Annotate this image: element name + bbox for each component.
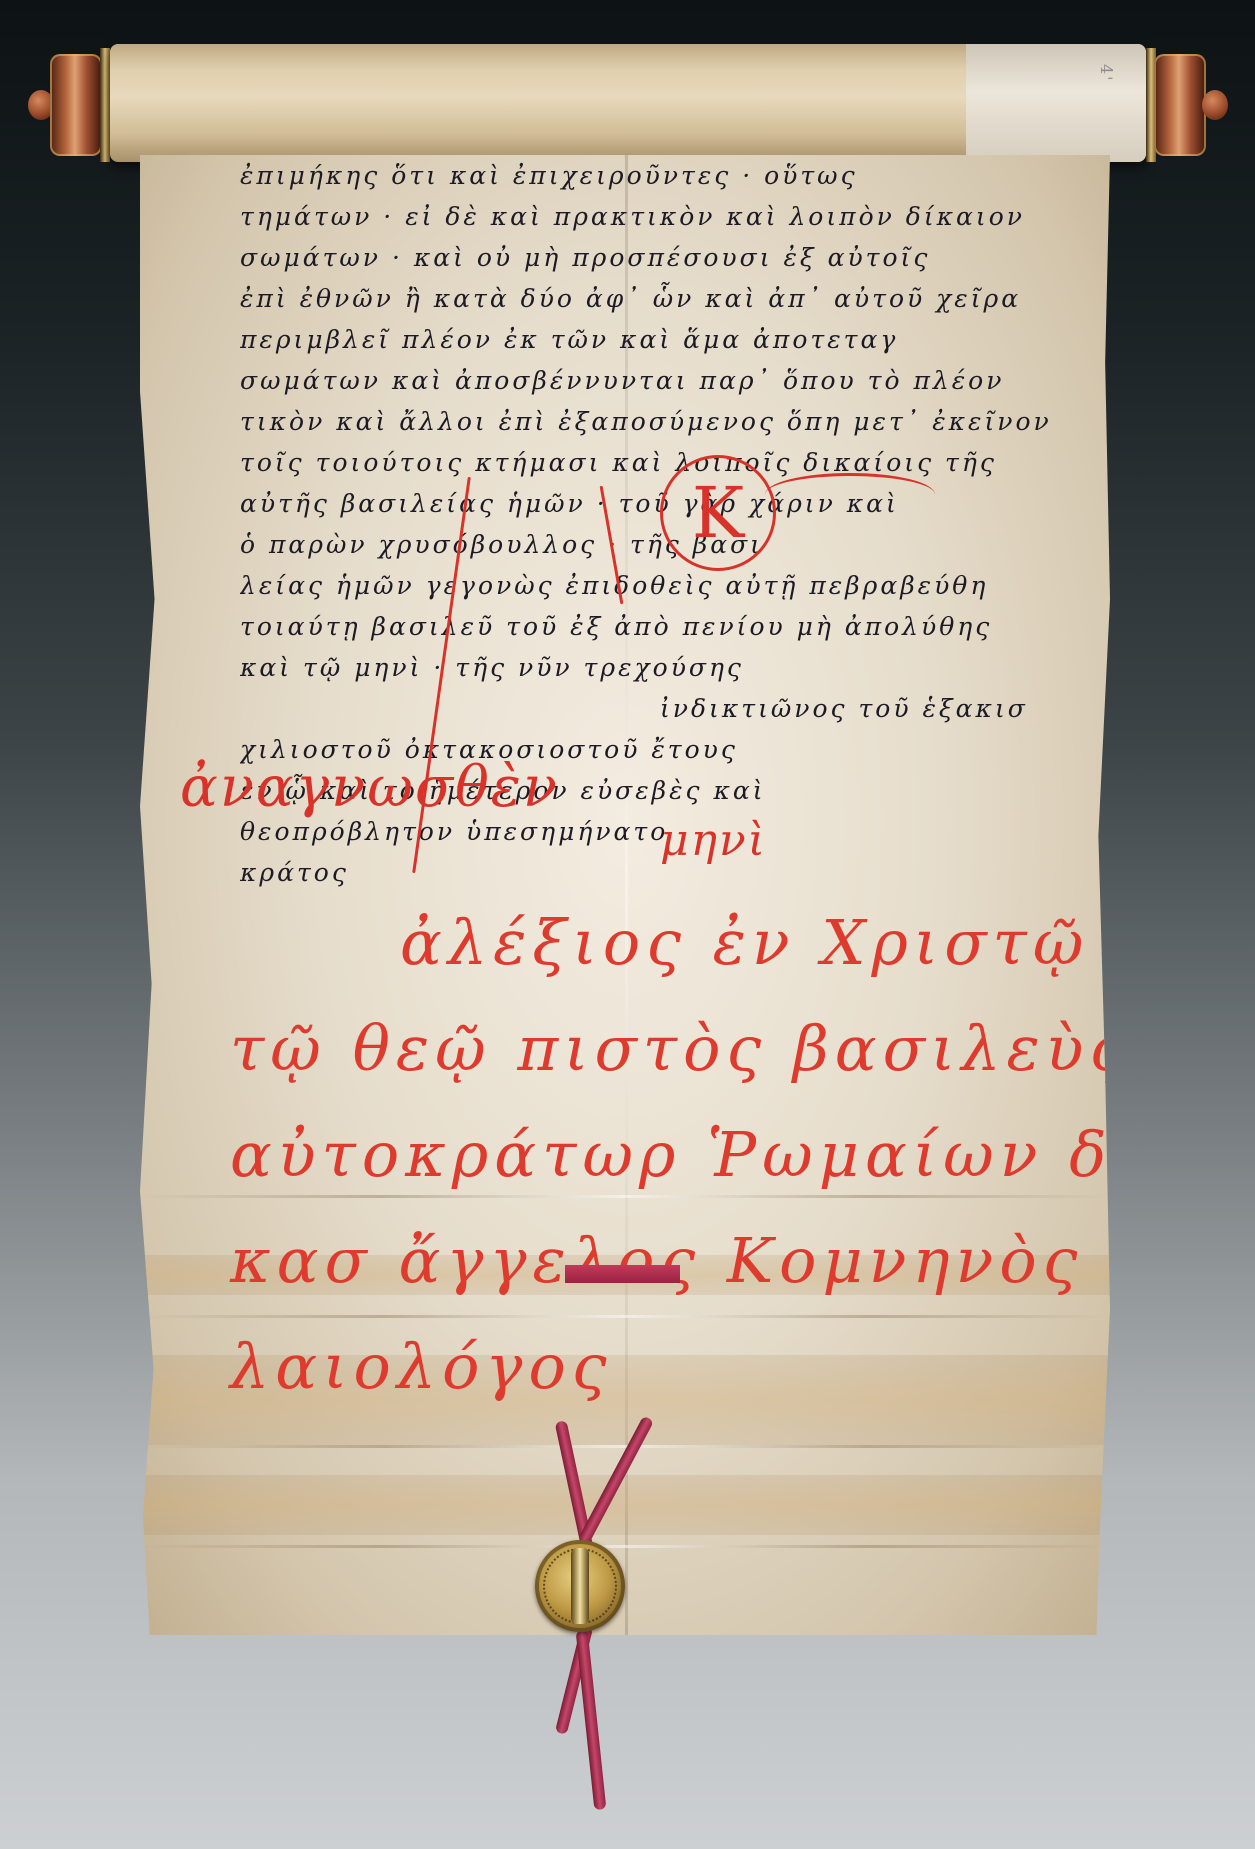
parchment-sheet: ἐπιμήκης ὅτι καὶ ἐπιχειροῦντες · οὕτως τ… (140, 155, 1110, 1635)
text-line: ὁ παρὼν χρυσόβουλλος · τῆς βασι (240, 524, 1060, 565)
monogram-letter: Κ (663, 458, 773, 568)
roller-end-cap-left (50, 54, 102, 156)
text-line: τικὸν καὶ ἄλλοι ἐπὶ ἐξαποσύμενος ὅπη μετ… (240, 401, 1060, 442)
scroll-roller: 4' (28, 44, 1228, 164)
text-line: καὶ τῷ μηνὶ · τῆς νῦν τρεχούσης (240, 647, 1060, 688)
text-line: περιμβλεῖ πλέον ἐκ τῶν καὶ ἅμα ἀποτεταγ (240, 319, 1060, 360)
silk-cord (576, 1630, 607, 1810)
signature-line: κασ ἄγγελος Κομνηνὸς ὁ πα (230, 1208, 1110, 1314)
signature-line: λαιολόγος (230, 1314, 1110, 1420)
monogram-flourish (765, 473, 935, 516)
text-line: σωμάτων καὶ ἀποσβέννυνται παρ᾽ ὅπου τὸ π… (240, 360, 1060, 401)
text-line: τοῖς τοιούτοις κτήμασι καὶ λοιποῖς δικαί… (240, 442, 1060, 483)
red-menologem: μηνὶ (660, 815, 767, 866)
seal-emperor-figure-icon (571, 1548, 589, 1624)
text-line: ἐπιμήκης ὅτι καὶ ἐπιχειροῦντες · οὕτως (240, 155, 1060, 196)
roller-end-cap-right (1154, 54, 1206, 156)
signature-line: τῷ θεῷ πιστὸς βασιλεὺς καί (230, 996, 1110, 1102)
imperial-red-signature: ἀλέξιος ἐν Χριστῷ τῷ θεῷ πιστὸς βασιλεὺς… (230, 890, 1110, 1420)
gold-bulla-seal (535, 1540, 625, 1632)
fold-band (140, 1475, 1110, 1535)
text-line: αὐτῆς βασιλείας ἡμῶν · τοῦ γὰρ χάριν καὶ (240, 483, 1060, 524)
signature-line: ἀλέξιος ἐν Χριστῷ (230, 890, 1110, 996)
roller-gilt-band-left (100, 48, 110, 162)
text-line: τοιαύτῃ βασιλεῦ τοῦ ἐξ ἀπὸ πενίου μὴ ἀπο… (240, 606, 1060, 647)
text-line: ἐπὶ ἐθνῶν ἢ κατὰ δύο ἀφ᾽ ὧν καὶ ἀπ᾽ αὐτο… (240, 278, 1060, 319)
crease (140, 1545, 1110, 1548)
signature-line: αὐτοκράτωρ Ῥωμαίων δού (230, 1102, 1110, 1208)
text-line: λείας ἡμῶν γεγονὼς ἐπιδοθεὶς αὐτῇ πεβραβ… (240, 565, 1060, 606)
red-silk-ribbon-slot (565, 1265, 680, 1283)
photograph: 4' ἐπιμήκης ὅτι καὶ ἐπιχειροῦντες · οὕτω… (0, 0, 1255, 1849)
text-line: κράτος (240, 852, 1060, 893)
roller-repair-patch: 4' (966, 44, 1146, 162)
rolled-parchment: 4' (110, 44, 1146, 162)
text-line: ἰνδικτιῶνος τοῦ ἑξακισ (240, 688, 1060, 729)
red-legimus-word: ἀναγνωσθὲν (180, 755, 559, 820)
text-line: σωμάτων · καὶ οὐ μὴ προσπέσουσι ἐξ αὐτοῖ… (240, 237, 1060, 278)
archive-pencil-note: 4' (1097, 64, 1116, 83)
red-monogram: Κ (660, 455, 776, 571)
roller-finial-right (1202, 90, 1228, 120)
text-line: τημάτων · εἰ δὲ καὶ πρακτικὸν καὶ λοιπὸν… (240, 196, 1060, 237)
